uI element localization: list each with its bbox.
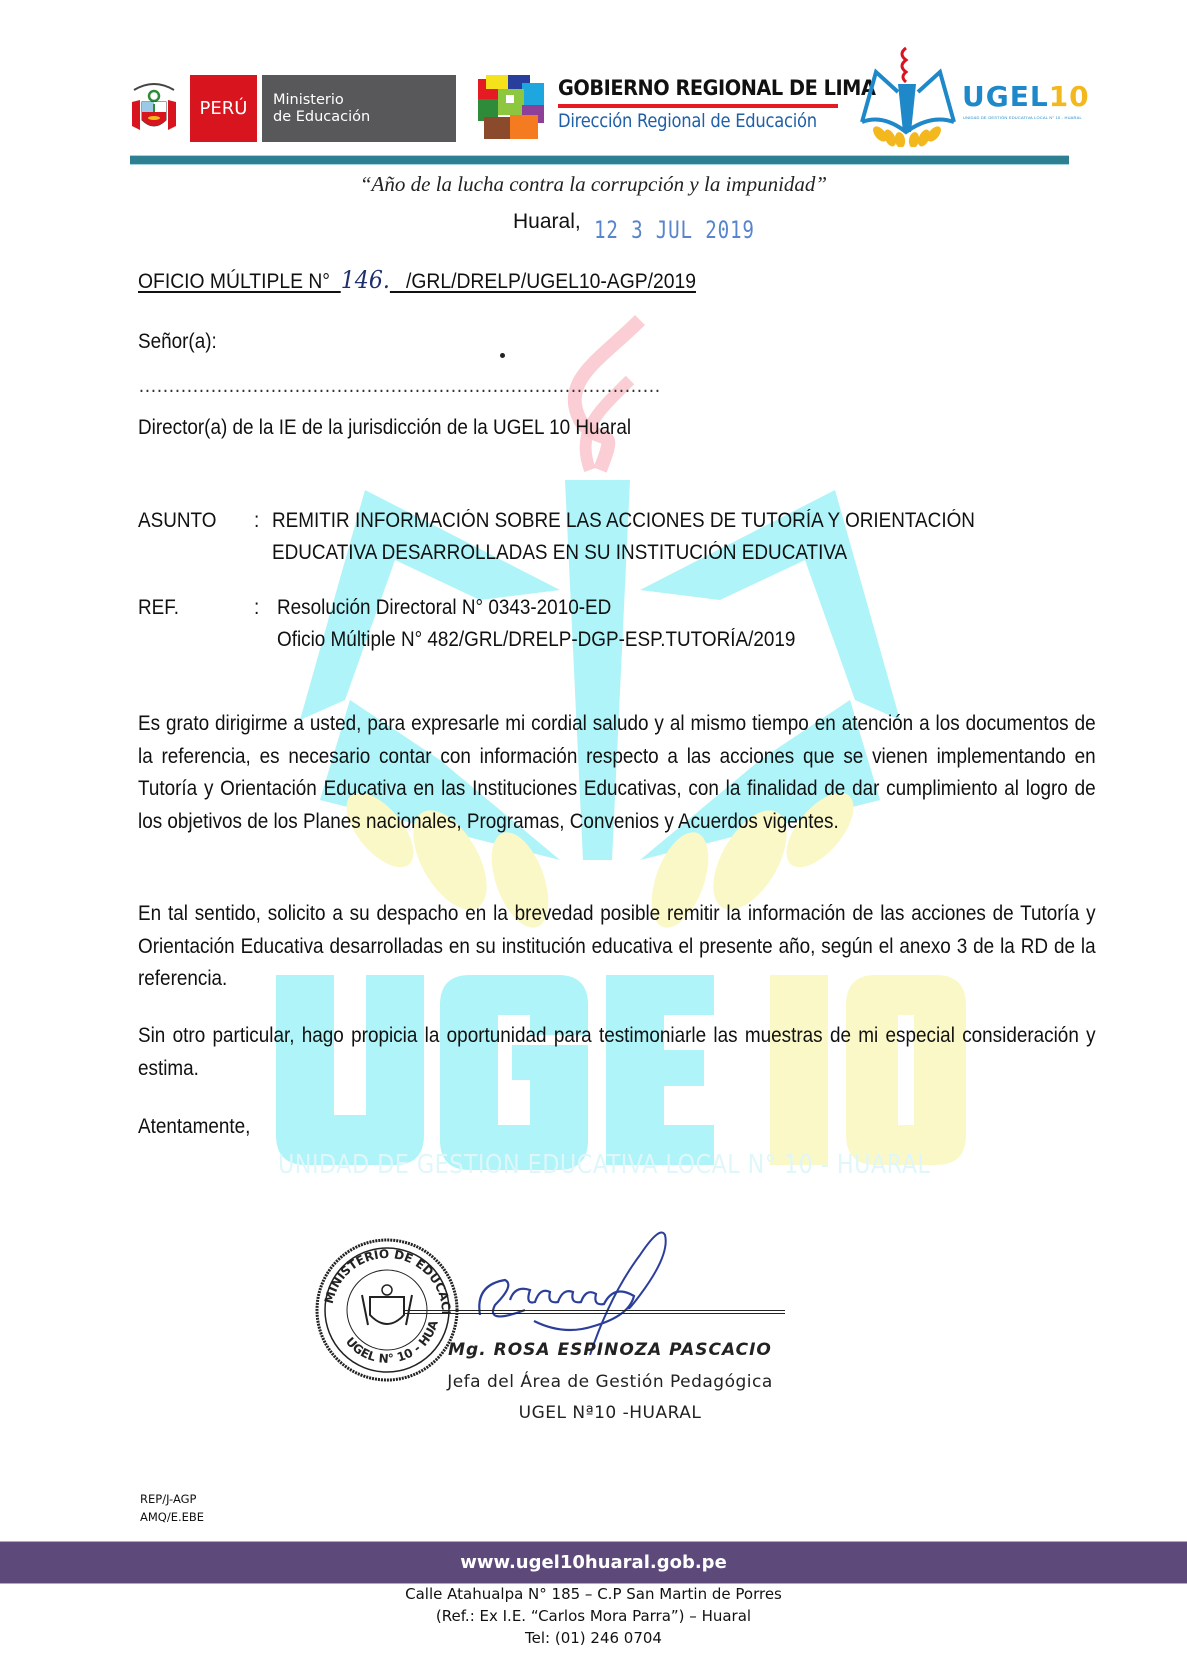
ref-line-2: Oficio Múltiple N° 482/GRL/DRELP-DGP-ESP…: [277, 628, 795, 652]
ministry-line1: Ministerio: [273, 92, 456, 109]
reference-initials: REP/J-AGP AMQ/E.EBE: [140, 1490, 204, 1526]
ugel10-wordmark: UGEL10: [962, 80, 1090, 113]
date-stamp: 12 3 JUL 2019: [594, 216, 755, 244]
handwritten-signature-icon: [470, 1205, 790, 1355]
ministry-brand-box: Ministerio de Educación: [262, 75, 456, 142]
ink-dot: [500, 353, 505, 358]
regional-education-subtitle: Dirección Regional de Educación: [558, 110, 817, 132]
initials-line-2: AMQ/E.EBE: [140, 1508, 204, 1526]
body-paragraph-3: Sin otro particular, hago propicia la op…: [138, 1020, 1096, 1085]
asunto-label: ASUNTO: [138, 509, 216, 533]
ugel-tagline: UNIDAD DE GESTIÓN EDUCATIVA LOCAL N° 10 …: [963, 115, 1082, 120]
body-paragraph-1: Es grato dirigirme a usted, para expresa…: [138, 708, 1096, 838]
peru-brand-box: PERÚ: [190, 75, 257, 142]
oficio-suffix: /GRL/DRELP/UGEL10-AGP/2019: [406, 270, 696, 293]
ref-label: REF.: [138, 596, 179, 620]
regional-government-logo-icon: [478, 75, 544, 141]
ref-colon: :: [254, 596, 259, 620]
salutation: Señor(a):: [138, 330, 217, 354]
oficio-handwritten-number: 146.: [341, 266, 390, 294]
header-divider: [130, 155, 1069, 165]
ministry-line2: de Educación: [273, 109, 456, 126]
asunto-line-1: REMITIR INFORMACIÓN SOBRE LAS ACCIONES D…: [272, 509, 975, 533]
recipient: Director(a) de la IE de la jurisdicción …: [138, 416, 631, 440]
signer-name: Mg. ROSA ESPINOZA PASCACIO: [440, 1340, 780, 1360]
signer-role: Jefa del Área de Gestión Pedagógica: [420, 1372, 800, 1392]
ugel-number: 10: [1049, 80, 1090, 113]
recipient-blank-line: ……………………………………………………………………………: [138, 374, 660, 398]
regional-government-title: GOBIERNO REGIONAL DE LIMA: [558, 76, 875, 100]
footer-phone: Tel: (01) 246 0704: [0, 1629, 1187, 1647]
oficio-reference: OFICIO MÚLTIPLE N° 146. /GRL/DRELP/UGEL1…: [138, 266, 696, 294]
oficio-prefix: OFICIO MÚLTIPLE N°: [138, 270, 330, 293]
svg-text:MINISTERIO DE EDUCACIÓN: MINISTERIO DE EDUCACIÓN: [312, 1235, 453, 1315]
body-paragraph-2: En tal sentido, solicito a su despacho e…: [138, 898, 1096, 996]
year-motto: “Año de la lucha contra la corrupción y …: [0, 172, 1187, 197]
asunto-colon: :: [254, 509, 259, 533]
footer-address-line-2: (Ref.: Ex I.E. “Carlos Mora Parra”) – Hu…: [0, 1607, 1187, 1625]
watermark-caption: UNIDAD DE GESTION EDUCATIVA LOCAL N° 10 …: [278, 1150, 930, 1180]
asunto-line-2: EDUCATIVA DESARROLLADAS EN SU INSTITUCIÓ…: [272, 541, 847, 565]
place-label: Huaral,: [513, 210, 581, 234]
signature-line: [405, 1310, 785, 1314]
footer-website-link[interactable]: www.ugel10huaral.gob.pe: [0, 1541, 1187, 1584]
footer-address-line-1: Calle Atahualpa N° 185 – C.P San Martin …: [0, 1585, 1187, 1603]
ref-line-1: Resolución Directoral N° 0343-2010-ED: [277, 596, 611, 620]
ugel-book-torch-logo-icon: [858, 42, 958, 147]
closing: Atentamente,: [138, 1115, 250, 1139]
peru-coat-of-arms-icon: [128, 80, 180, 138]
signer-organization: UGEL Nª10 -HUARAL: [420, 1403, 800, 1423]
ugel-word: UGEL: [962, 80, 1049, 113]
initials-line-1: REP/J-AGP: [140, 1490, 204, 1508]
regional-title-underline: [558, 104, 838, 108]
